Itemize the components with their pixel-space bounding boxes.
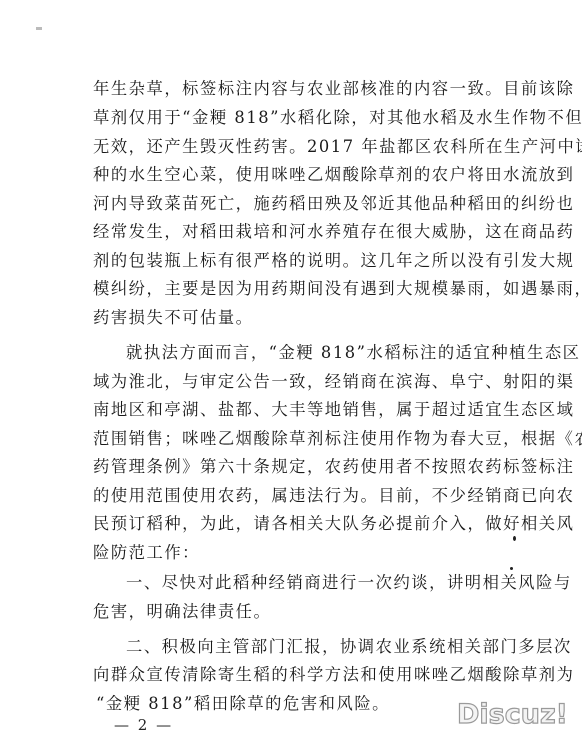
list-item-2-line: 向群众宣传清除寄生稻的科学方法和使用咪唑乙烟酸除草剂为 <box>93 665 503 685</box>
discuz-watermark: Discuz! <box>457 699 568 730</box>
paragraph-line: 模纠纷，主要是因为用药期间没有遇到大规模暴雨，如遇暴雨， <box>93 279 503 299</box>
paragraph-line: 南地区和亭湖、盐都、大丰等地销售，属于超过适宜生态区域 <box>93 400 503 420</box>
list-item-2-line: “金粳 818”稻田除草的危害和风险。 <box>96 694 506 714</box>
paragraph-line: 险防范工作： <box>93 543 503 563</box>
paragraph-line: 经常发生，对稻田栽培和河水养殖存在很大威胁，这在商品药 <box>93 222 503 242</box>
paragraph-line: 草剂仅用于“金粳 818”水稻化除，对其他水稻及水生作物不但 <box>93 108 503 128</box>
list-item-2-line: 二、积极向主管部门汇报，协调农业系统相关部门多层次 <box>126 637 503 657</box>
paragraph-line: 无效，还产生毁灭性药害。2017 年盐都区农科所在生产河中试 <box>93 137 503 157</box>
paragraph-first-line: 就执法方面而言，“金粳 818”水稻标注的适宜种植生态区 <box>126 343 503 363</box>
paragraph-line: 年生杂草，标签标注内容与农业部核准的内容一致。目前该除 <box>93 79 503 99</box>
paragraph-line: 域为淮北，与审定公告一致，经销商在滨海、阜宁、射阳的渠 <box>93 372 503 392</box>
paragraph-line: 种的水生空心菜，使用咪唑乙烟酸除草剂的农户将田水流放到 <box>93 165 503 185</box>
paragraph-line: 的使用范围使用农药，属违法行为。目前，不少经销商已向农 <box>93 486 503 506</box>
document-page: 年生杂草，标签标注内容与农业部核准的内容一致。目前该除 草剂仅用于“金粳 818… <box>0 0 582 741</box>
scan-speck <box>513 536 516 541</box>
scan-artifact <box>36 27 42 30</box>
paragraph-line: 范围销售；咪唑乙烟酸除草剂标注使用作物为春大豆，根据《农 <box>93 429 503 449</box>
paragraph-line: 民预订稻种，为此，请各相关大队务必提前介入，做好相关风 <box>93 514 503 534</box>
paragraph-line: 药害损失不可估量。 <box>93 308 503 328</box>
paragraph-line: 河内导致菜苗死亡，施药稻田殃及邻近其他品种稻田的纠纷也 <box>93 194 503 214</box>
paragraph-line: 药管理条例》第六十条规定，农药使用者不按照农药标签标注 <box>93 457 503 477</box>
page-number: — 2 — <box>114 716 173 734</box>
list-item-1-line: 危害，明确法律责任。 <box>93 602 503 622</box>
list-item-1-line: 一、尽快对此稻种经销商进行一次约谈，讲明相关风险与 <box>126 573 503 593</box>
scan-speck <box>510 567 513 570</box>
paragraph-line: 剂的包装瓶上标有很严格的说明。这几年之所以没有引发大规 <box>93 251 503 271</box>
